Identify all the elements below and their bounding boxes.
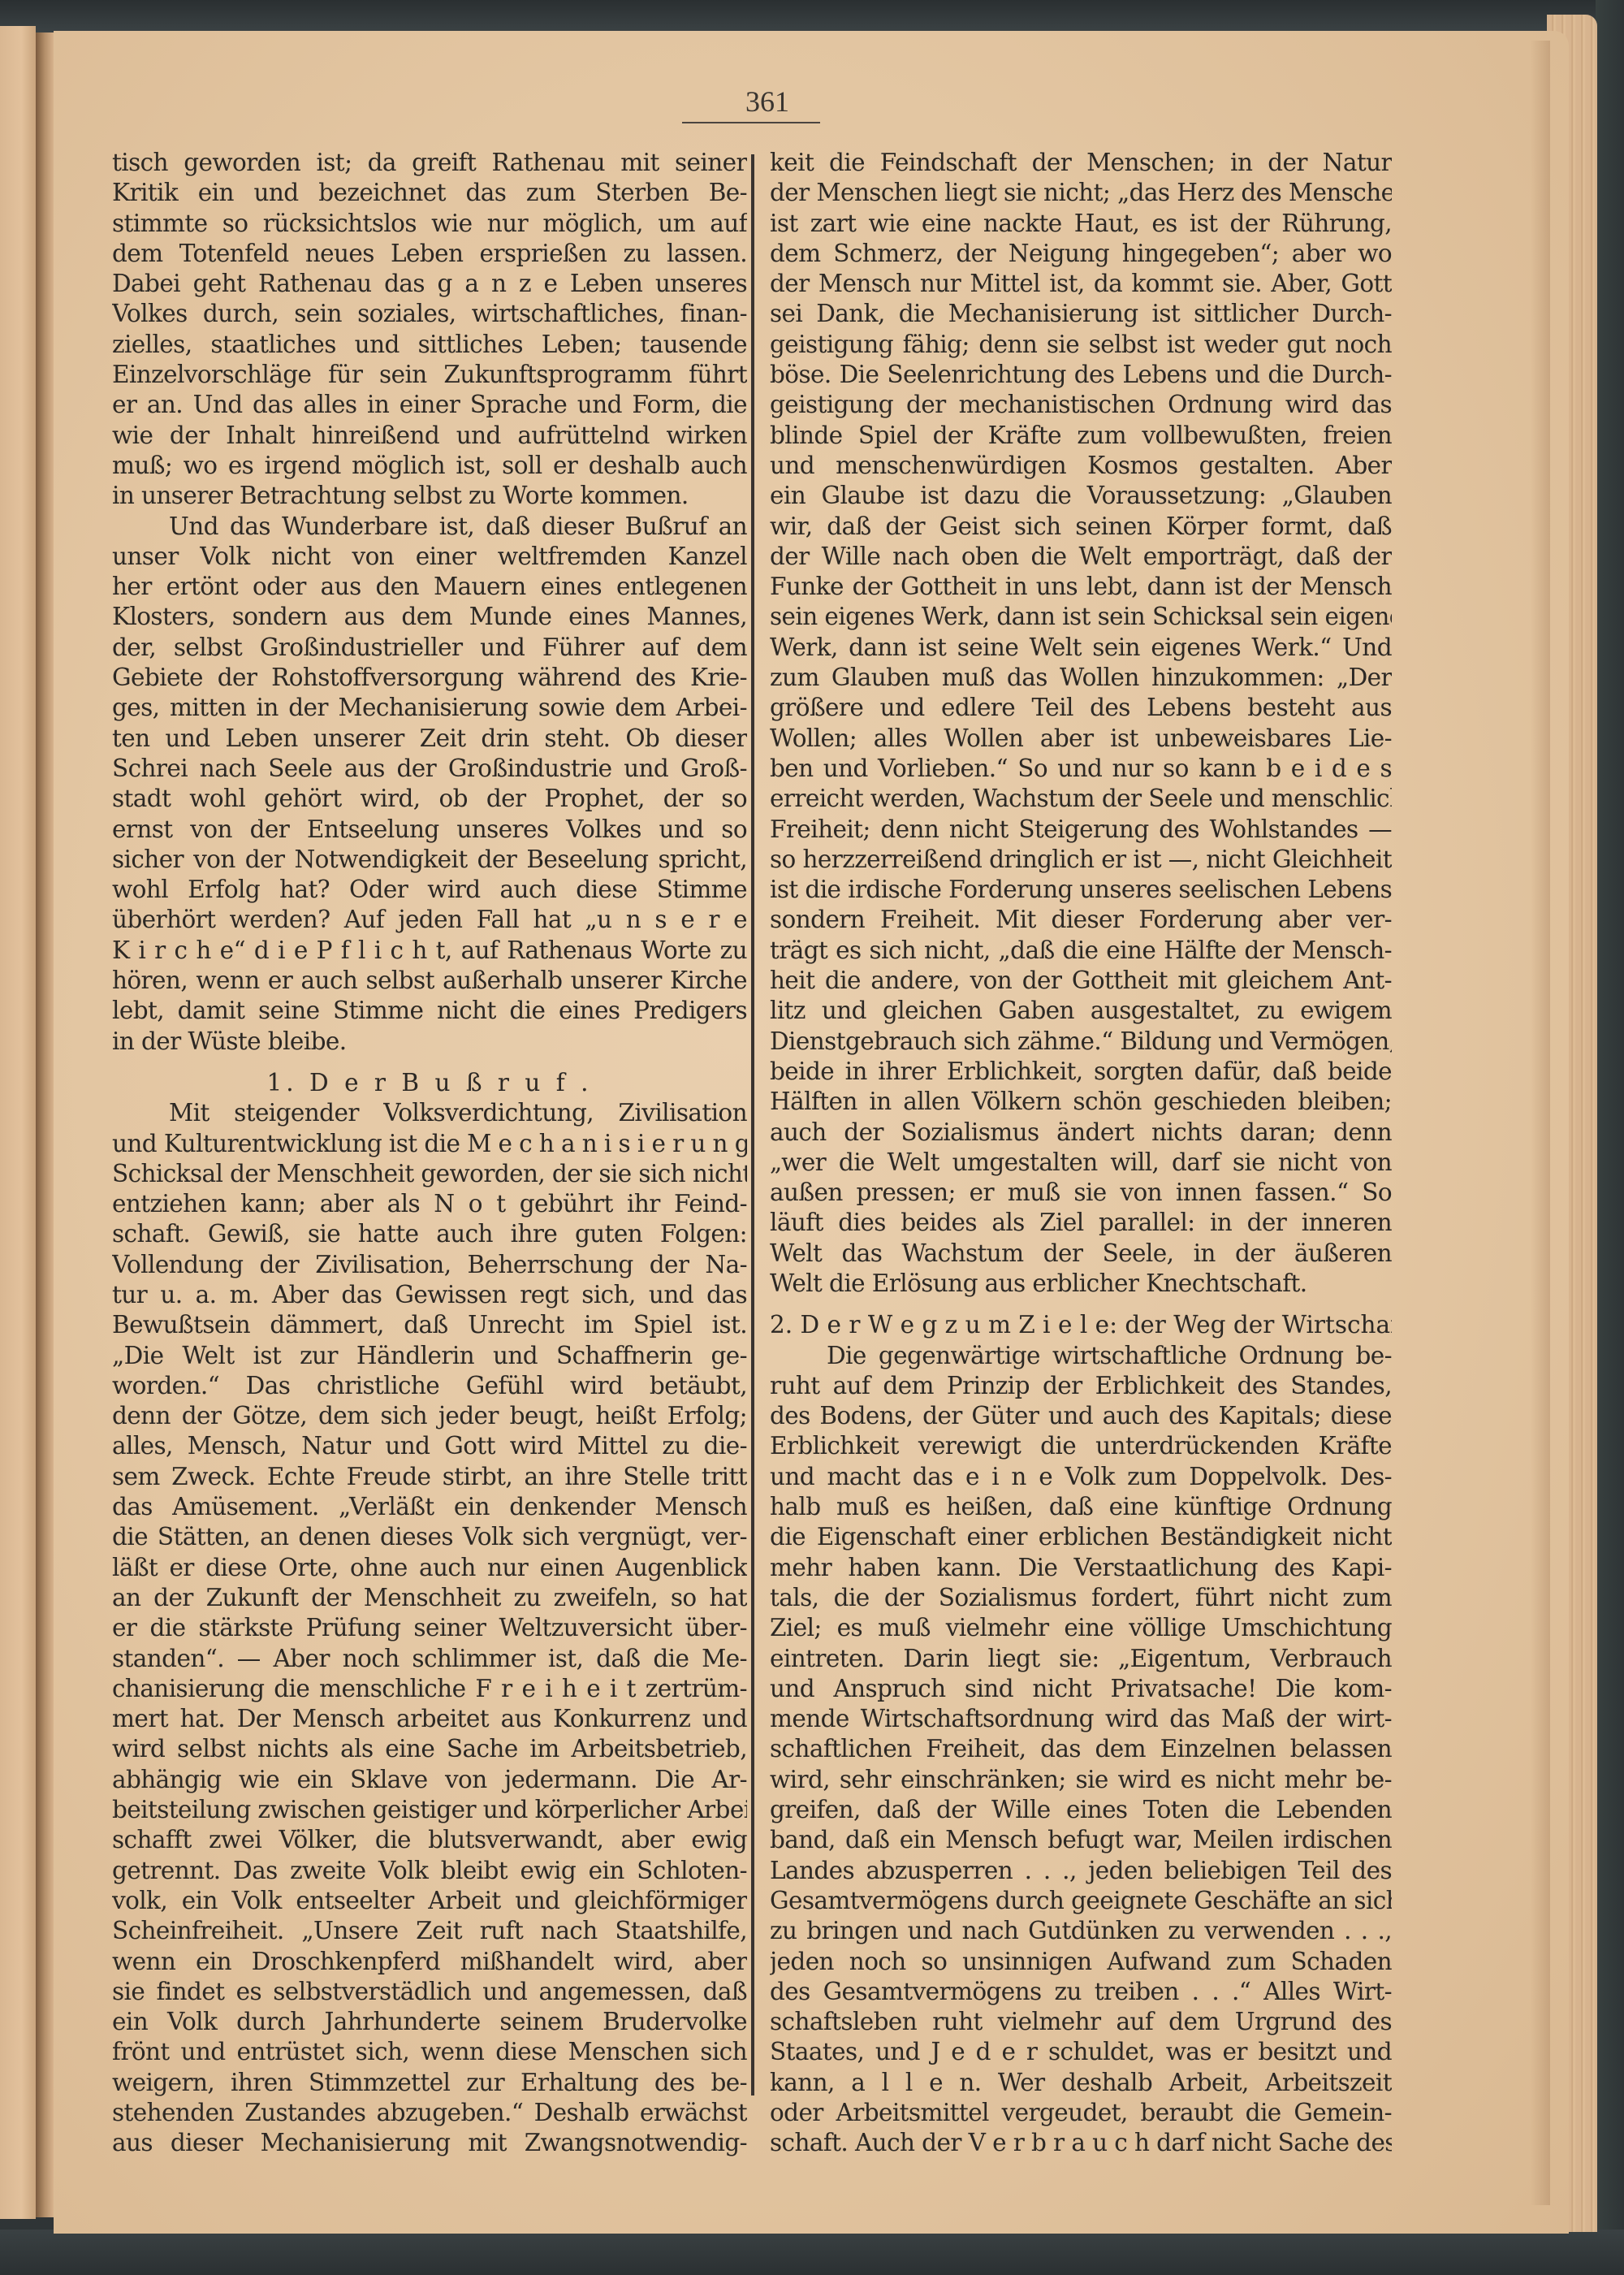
text-line: Die gegenwärtige wirtschaftliche Ordnung…	[770, 1341, 1392, 1371]
text-line: schaft. Gewiß, sie hatte auch ihre guten…	[112, 1219, 747, 1249]
text-line: dem Totenfeld neues Leben ersprießen zu …	[112, 239, 747, 269]
text-line: sei Dank, die Mechanisierung ist sittlic…	[770, 299, 1392, 329]
text-line: Welt die Erlösung aus erblicher Knechtsc…	[770, 1269, 1392, 1299]
text-line: läßt er diese Orte, ohne auch nur einen …	[112, 1553, 747, 1583]
text-line: trägt es sich nicht, „daß die eine Hälft…	[770, 936, 1392, 966]
text-line: Volkes durch, sein soziales, wirtschaftl…	[112, 299, 747, 329]
text-line: volk, ein Volk entseelter Arbeit und gle…	[112, 1886, 747, 1916]
text-line: kann, a l l e n. Wer deshalb Arbeit, Arb…	[770, 2068, 1392, 2098]
text-line: Schicksal der Menschheit geworden, der s…	[112, 1159, 747, 1189]
text-line: böse. Die Seelenrichtung des Lebens und …	[770, 360, 1392, 390]
text-line: stehenden Zustandes abzugeben.“ Deshalb …	[112, 2098, 747, 2128]
text-line: ernst von der Entseelung unseres Volkes …	[112, 815, 747, 845]
text-line: und macht das e i n e Volk zum Doppelvol…	[770, 1462, 1392, 1492]
text-line: K i r c h e“ d i e P f l i c h t, auf Ra…	[112, 936, 747, 966]
text-line: und Kulturentwicklung ist die M e c h a …	[112, 1129, 747, 1159]
text-line: sein eigenes Werk, dann ist sein Schicks…	[770, 602, 1392, 632]
text-line: Einzelvorschläge für sein Zukunftsprogra…	[112, 360, 747, 390]
text-line: an der Zukunft der Menschheit zu zweifel…	[112, 1583, 747, 1613]
text-line: lebt, damit seine Stimme nicht die eines…	[112, 996, 747, 1026]
text-line: der, selbst Großindustrieller und Führer…	[112, 633, 747, 663]
text-line: ruht auf dem Prinzip der Erblichkeit des…	[770, 1371, 1392, 1401]
text-line: Klosters, sondern aus dem Munde eines Ma…	[112, 602, 747, 632]
text-line: ein Glaube ist dazu die Voraussetzung: „…	[770, 481, 1392, 511]
text-line: außen pressen; er muß sie von innen fass…	[770, 1178, 1392, 1208]
text-line: läuft dies beides als Ziel parallel: in …	[770, 1208, 1392, 1238]
text-line: zum Glauben muß das Wollen hinzukommen: …	[770, 663, 1392, 693]
text-line: standen“. — Aber noch schlimmer ist, daß…	[112, 1644, 747, 1674]
text-line: unser Volk nicht von einer weltfremden K…	[112, 542, 747, 572]
text-line: zielles, staatliches und sittliches Lebe…	[112, 330, 747, 360]
text-line: Gesamtvermögens durch geeignete Geschäft…	[770, 1886, 1392, 1916]
text-line: weigern, ihren Stimmzettel zur Erhaltung…	[112, 2068, 747, 2098]
text-line: Dabei geht Rathenau das g a n z e Leben …	[112, 269, 747, 299]
text-line: abhängig wie ein Sklave von jedermann. D…	[112, 1765, 747, 1795]
text-line: frönt und entrüstet sich, wenn diese Men…	[112, 2037, 747, 2067]
text-line: tals, die der Sozialismus fordert, führt…	[770, 1583, 1392, 1613]
text-line: wir, daß der Geist sich seinen Körper fo…	[770, 512, 1392, 542]
text-line: er die stärkste Prüfung seiner Weltzuver…	[112, 1613, 747, 1643]
section-heading: 2. D e r W e g z u m Z i e l e: der Weg …	[770, 1310, 1392, 1340]
text-line: Scheinfreiheit. „Unsere Zeit ruft nach S…	[112, 1916, 747, 1946]
text-line: schaftsleben ruht vielmehr auf dem Urgru…	[770, 2007, 1392, 2037]
text-line: schafft zwei Völker, die blutsverwandt, …	[112, 1825, 747, 1855]
text-line: aus dieser Mechanisierung mit Zwangsnotw…	[112, 2128, 747, 2158]
text-line: schaftlichen Freiheit, das dem Einzelnen…	[770, 1734, 1392, 1764]
text-line: beitsteilung zwischen geistiger und körp…	[112, 1795, 747, 1825]
text-line: Und das Wunderbare ist, daß dieser Bußru…	[112, 512, 747, 542]
text-line: dem Schmerz, der Neigung hingegeben“; ab…	[770, 239, 1392, 269]
text-line: wird selbst nichts als eine Sache im Arb…	[112, 1734, 747, 1764]
text-line: muß; wo es irgend möglich ist, soll er d…	[112, 451, 747, 481]
book-cover-right	[1596, 0, 1624, 2275]
text-line: Funke der Gottheit in uns lebt, dann ist…	[770, 572, 1392, 602]
text-line: ges, mitten in der Mechanisierung sowie …	[112, 693, 747, 723]
text-line: wenn ein Droschkenpferd mißhandelt wird,…	[112, 1947, 747, 1977]
text-line: stadt wohl gehört wird, ob der Prophet, …	[112, 784, 747, 814]
text-line: Bewußtsein dämmert, daß Unrecht im Spiel…	[112, 1310, 747, 1340]
text-line: halb muß es heißen, daß eine künftige Or…	[770, 1492, 1392, 1522]
text-line: der Wille nach oben die Welt emporträgt,…	[770, 542, 1392, 572]
text-line: sie findet es selbstverstädlich und ange…	[112, 1977, 747, 2007]
text-line: hören, wenn er auch selbst außerhalb uns…	[112, 966, 747, 996]
book-gutter	[36, 32, 54, 2217]
text-line: Gebiete der Rohstoffversorgung während d…	[112, 663, 747, 693]
text-line: in der Wüste bleibe.	[112, 1027, 747, 1057]
text-line: denn der Götze, dem sich jeder beugt, he…	[112, 1401, 747, 1431]
section-heading: 1. D e r B u ß r u f .	[112, 1068, 747, 1098]
text-line: und Anspruch sind nicht Privatsache! Die…	[770, 1674, 1392, 1704]
text-line: blinde Spiel der Kräfte zum vollbewußten…	[770, 421, 1392, 451]
text-line: wie der Inhalt hinreißend und aufrütteln…	[112, 421, 747, 451]
text-line: beide in ihrer Erblichkeit, sorgten dafü…	[770, 1057, 1392, 1087]
text-line: Schrei nach Seele aus der Großindustrie …	[112, 754, 747, 784]
text-line: Vollendung der Zivilisation, Beherrschun…	[112, 1250, 747, 1280]
text-line: entziehen kann; aber als N o t gebührt i…	[112, 1189, 747, 1219]
paragraph-spacer	[112, 1057, 747, 1068]
text-line: auch der Sozialismus ändert nichts daran…	[770, 1118, 1392, 1148]
text-line: das Amüsement. „Verläßt ein denkender Me…	[112, 1492, 747, 1522]
text-line: geistigung fähig; denn sie selbst ist we…	[770, 330, 1392, 360]
text-line: Dienstgebrauch sich zähme.“ Bildung und …	[770, 1027, 1392, 1057]
text-line: jeden noch so unsinnigen Aufwand zum Sch…	[770, 1947, 1392, 1977]
text-line: in unserer Betrachtung selbst zu Worte k…	[112, 481, 747, 511]
text-line: wohl Erfolg hat? Oder wird auch diese St…	[112, 875, 747, 905]
text-line: tisch geworden ist; da greift Rathenau m…	[112, 148, 747, 178]
column-divider	[751, 154, 754, 2096]
right-text-column: keit die Feindschaft der Menschen; in de…	[770, 148, 1392, 2159]
text-line: stimmte so rücksichtslos wie nur möglich…	[112, 209, 747, 239]
text-line: sicher von der Notwendigkeit der Beseelu…	[112, 845, 747, 875]
paragraph-spacer	[770, 1299, 1392, 1310]
text-line: des Bodens, der Güter und auch des Kapit…	[770, 1401, 1392, 1431]
text-line: schaft. Auch der V e r b r a u c h darf …	[770, 2128, 1392, 2158]
facing-page-edge	[0, 26, 36, 2219]
text-line: tur u. a. m. Aber das Gewissen regt sich…	[112, 1280, 747, 1310]
text-line: Staates, und J e d e r schuldet, was er …	[770, 2037, 1392, 2067]
text-line: „wer die Welt umgestalten will, darf sie…	[770, 1148, 1392, 1178]
text-line: Mit steigender Volksverdichtung, Zivilis…	[112, 1098, 747, 1128]
text-line: ist zart wie eine nackte Haut, es ist de…	[770, 209, 1392, 239]
text-line: mehr haben kann. Die Verstaatlichung des…	[770, 1553, 1392, 1583]
text-line: getrennt. Das zweite Volk bleibt ewig ei…	[112, 1856, 747, 1886]
text-line: so herzzerreißend dringlich er ist —, ni…	[770, 845, 1392, 875]
text-line: eintreten. Darin liegt sie: „Eigentum, V…	[770, 1644, 1392, 1674]
text-line: ein Volk durch Jahrhunderte seinem Brude…	[112, 2007, 747, 2037]
book-cover-bottom	[0, 2230, 1624, 2275]
text-line: ist die irdische Forderung unseres seeli…	[770, 875, 1392, 905]
text-line: sondern Freiheit. Mit dieser Forderung a…	[770, 905, 1392, 935]
text-line: die Eigenschaft einer erblichen Beständi…	[770, 1522, 1392, 1552]
text-line: Landes abzusperren . . ., jeden beliebig…	[770, 1856, 1392, 1886]
text-line: größere und edlere Teil des Lebens beste…	[770, 693, 1392, 723]
text-line: Hälften in allen Völkern schön geschiede…	[770, 1087, 1392, 1117]
text-line: band, daß ein Mensch befugt war, Meilen …	[770, 1825, 1392, 1855]
book-cover-top	[0, 0, 1624, 32]
text-line: litz und gleichen Gaben ausgestaltet, zu…	[770, 996, 1392, 1026]
text-line: alles, Mensch, Natur und Gott wird Mitte…	[112, 1431, 747, 1461]
text-line: ten und Leben unserer Zeit drin steht. O…	[112, 724, 747, 754]
text-line: und menschenwürdigen Kosmos gestalten. A…	[770, 451, 1392, 481]
text-line: greifen, daß der Wille eines Toten die L…	[770, 1795, 1392, 1825]
header-rule	[682, 122, 820, 123]
text-line: mende Wirtschaftsordnung wird das Maß de…	[770, 1704, 1392, 1734]
text-line: heit die andere, von der Gottheit mit gl…	[770, 966, 1392, 996]
text-line: des Gesamtvermögens zu treiben . . .“ Al…	[770, 1977, 1392, 2007]
text-line: zu bringen und nach Gutdünken zu verwend…	[770, 1916, 1392, 1946]
text-line: erreicht werden, Wachstum der Seele und …	[770, 784, 1392, 814]
text-line: mert hat. Der Mensch arbeitet aus Konkur…	[112, 1704, 747, 1734]
text-line: die Stätten, an denen dieses Volk sich v…	[112, 1522, 747, 1552]
text-line: sem Zweck. Echte Freude stirbt, an ihre …	[112, 1462, 747, 1492]
page-shadow	[1531, 41, 1550, 2205]
text-line: Welt das Wachstum der Seele, in der äuße…	[770, 1239, 1392, 1269]
text-line: geistigung der mechanistischen Ordnung w…	[770, 390, 1392, 420]
text-line: keit die Feindschaft der Menschen; in de…	[770, 148, 1392, 178]
page-number: 361	[727, 84, 808, 119]
text-line: der Mensch nur Mittel ist, da kommt sie.…	[770, 269, 1392, 299]
text-line: chanisierung die menschliche F r e i h e…	[112, 1674, 747, 1704]
text-line: Ziel; es muß vielmehr eine völlige Umsch…	[770, 1613, 1392, 1643]
text-line: worden.“ Das christliche Gefühl wird bet…	[112, 1371, 747, 1401]
text-line: Werk, dann ist seine Welt sein eigenes W…	[770, 633, 1392, 663]
text-line: oder Arbeitsmittel vergeudet, beraubt di…	[770, 2098, 1392, 2128]
text-line: her ertönt oder aus den Mauern eines ent…	[112, 572, 747, 602]
left-text-column: tisch geworden ist; da greift Rathenau m…	[112, 148, 747, 2159]
text-line: ben und Vorlieben.“ So und nur so kann b…	[770, 754, 1392, 784]
text-line: wird, sehr einschränken; sie wird es nic…	[770, 1765, 1392, 1795]
text-line: Erblichkeit verewigt die unterdrückenden…	[770, 1431, 1392, 1461]
text-line: „Die Welt ist zur Händlerin und Schaffne…	[112, 1341, 747, 1371]
text-line: der Menschen liegt sie nicht; „das Herz …	[770, 178, 1392, 208]
text-line: Kritik ein und bezeichnet das zum Sterbe…	[112, 178, 747, 208]
text-line: Freiheit; denn nicht Steigerung des Wohl…	[770, 815, 1392, 845]
text-line: er an. Und das alles in einer Sprache un…	[112, 390, 747, 420]
text-line: überhört werden? Auf jeden Fall hat „u n…	[112, 905, 747, 935]
text-line: Wollen; alles Wollen aber ist unbeweisba…	[770, 724, 1392, 754]
